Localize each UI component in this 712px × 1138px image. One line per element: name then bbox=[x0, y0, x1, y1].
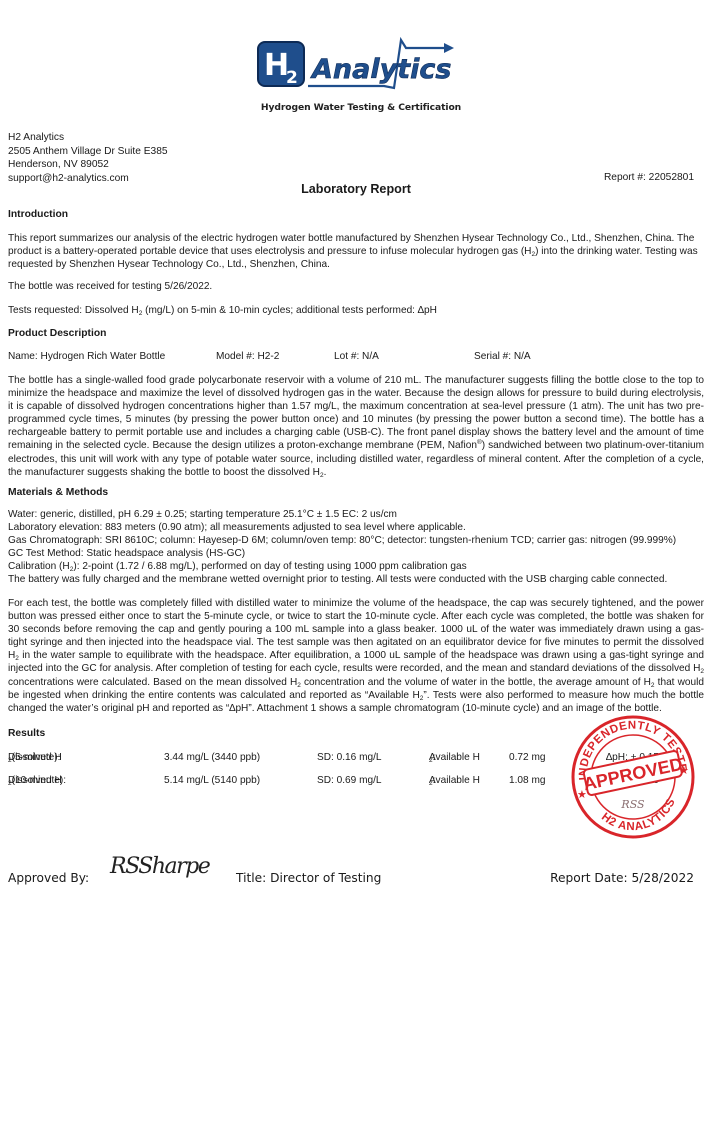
introduction-heading: Introduction bbox=[8, 208, 68, 221]
result-available-value: 1.08 mg bbox=[509, 774, 545, 787]
address-line-1: 2505 Anthem Village Dr Suite E385 bbox=[8, 145, 168, 159]
result-sd: SD: 0.16 mg/L bbox=[317, 751, 382, 764]
company-logo: H 2 Analytics Hydrogen Water Testing & C… bbox=[256, 28, 466, 118]
company-address: H2 Analytics 2505 Anthem Village Dr Suit… bbox=[8, 131, 168, 185]
elevation-spec: Laboratory elevation: 883 meters (0.90 a… bbox=[8, 522, 704, 535]
result-available: Available H2: bbox=[429, 774, 433, 787]
result-available: Available H2: bbox=[429, 751, 433, 764]
company-name: H2 Analytics bbox=[8, 131, 168, 145]
battery-note: The battery was fully charged and the me… bbox=[8, 574, 704, 587]
methods-specs: Water: generic, distilled, pH 6.29 ± 0.2… bbox=[8, 509, 704, 586]
gc-spec: Gas Chromatograph: SRI 8610C; column: Ha… bbox=[8, 535, 704, 548]
signature: RSSharpe bbox=[110, 860, 209, 873]
result-concentration: 5.14 mg/L (5140 ppb) bbox=[164, 774, 260, 787]
product-lot: Lot #: N/A bbox=[334, 350, 379, 363]
report-date: Report Date: 5/28/2022 bbox=[550, 872, 694, 885]
introduction-paragraph: This report summarizes our analysis of t… bbox=[8, 232, 704, 271]
result-sd: SD: 0.69 mg/L bbox=[317, 774, 382, 787]
methods-heading: Materials & Methods bbox=[8, 486, 108, 499]
tests-requested-text: Tests requested: Dissolved H2 (mg/L) on … bbox=[8, 304, 704, 317]
calibration-spec: Calibration (H2): 2-point (1.72 / 6.88 m… bbox=[8, 561, 704, 574]
result-available-value: 0.72 mg bbox=[509, 751, 545, 764]
approved-by-label: Approved By: bbox=[8, 872, 89, 885]
approved-stamp: INDEPENDENTLY TESTED H2 ANALYTICS ★ ★ AP… bbox=[563, 712, 703, 842]
svg-text:Analytics: Analytics bbox=[310, 54, 451, 85]
procedure-paragraph: For each test, the bottle was completely… bbox=[8, 597, 704, 715]
product-serial: Serial #: N/A bbox=[474, 350, 531, 363]
product-name: Name: Hydrogen Rich Water Bottle bbox=[8, 350, 165, 363]
logo-tagline: Hydrogen Water Testing & Certification bbox=[256, 101, 466, 114]
product-info-row: Name: Hydrogen Rich Water Bottle Model #… bbox=[0, 350, 712, 364]
product-description-heading: Product Description bbox=[8, 327, 106, 340]
svg-text:RSS: RSS bbox=[620, 798, 645, 811]
address-line-2: Henderson, NV 89052 bbox=[8, 158, 168, 172]
page-title: Laboratory Report bbox=[0, 183, 712, 196]
result-label: Dissolved H2 (10-minute): bbox=[8, 774, 12, 787]
product-description-paragraph: The bottle has a single-walled food grad… bbox=[8, 374, 704, 479]
results-heading: Results bbox=[8, 727, 45, 740]
result-label: Dissolved H2 (5-minute): bbox=[8, 751, 12, 764]
result-concentration: 3.44 mg/L (3440 ppb) bbox=[164, 751, 260, 764]
approver-title: Title: Director of Testing bbox=[236, 872, 381, 885]
product-model: Model #: H2-2 bbox=[216, 350, 279, 363]
received-date-text: The bottle was received for testing 5/26… bbox=[8, 280, 704, 293]
svg-text:2: 2 bbox=[286, 68, 298, 88]
h2-analytics-logo-graphic: H 2 Analytics bbox=[256, 28, 466, 100]
water-spec: Water: generic, distilled, pH 6.29 ± 0.2… bbox=[8, 509, 704, 522]
gc-method-spec: GC Test Method: Static headspace analysi… bbox=[8, 548, 704, 561]
approval-seal-icon: INDEPENDENTLY TESTED H2 ANALYTICS ★ ★ AP… bbox=[563, 712, 703, 842]
